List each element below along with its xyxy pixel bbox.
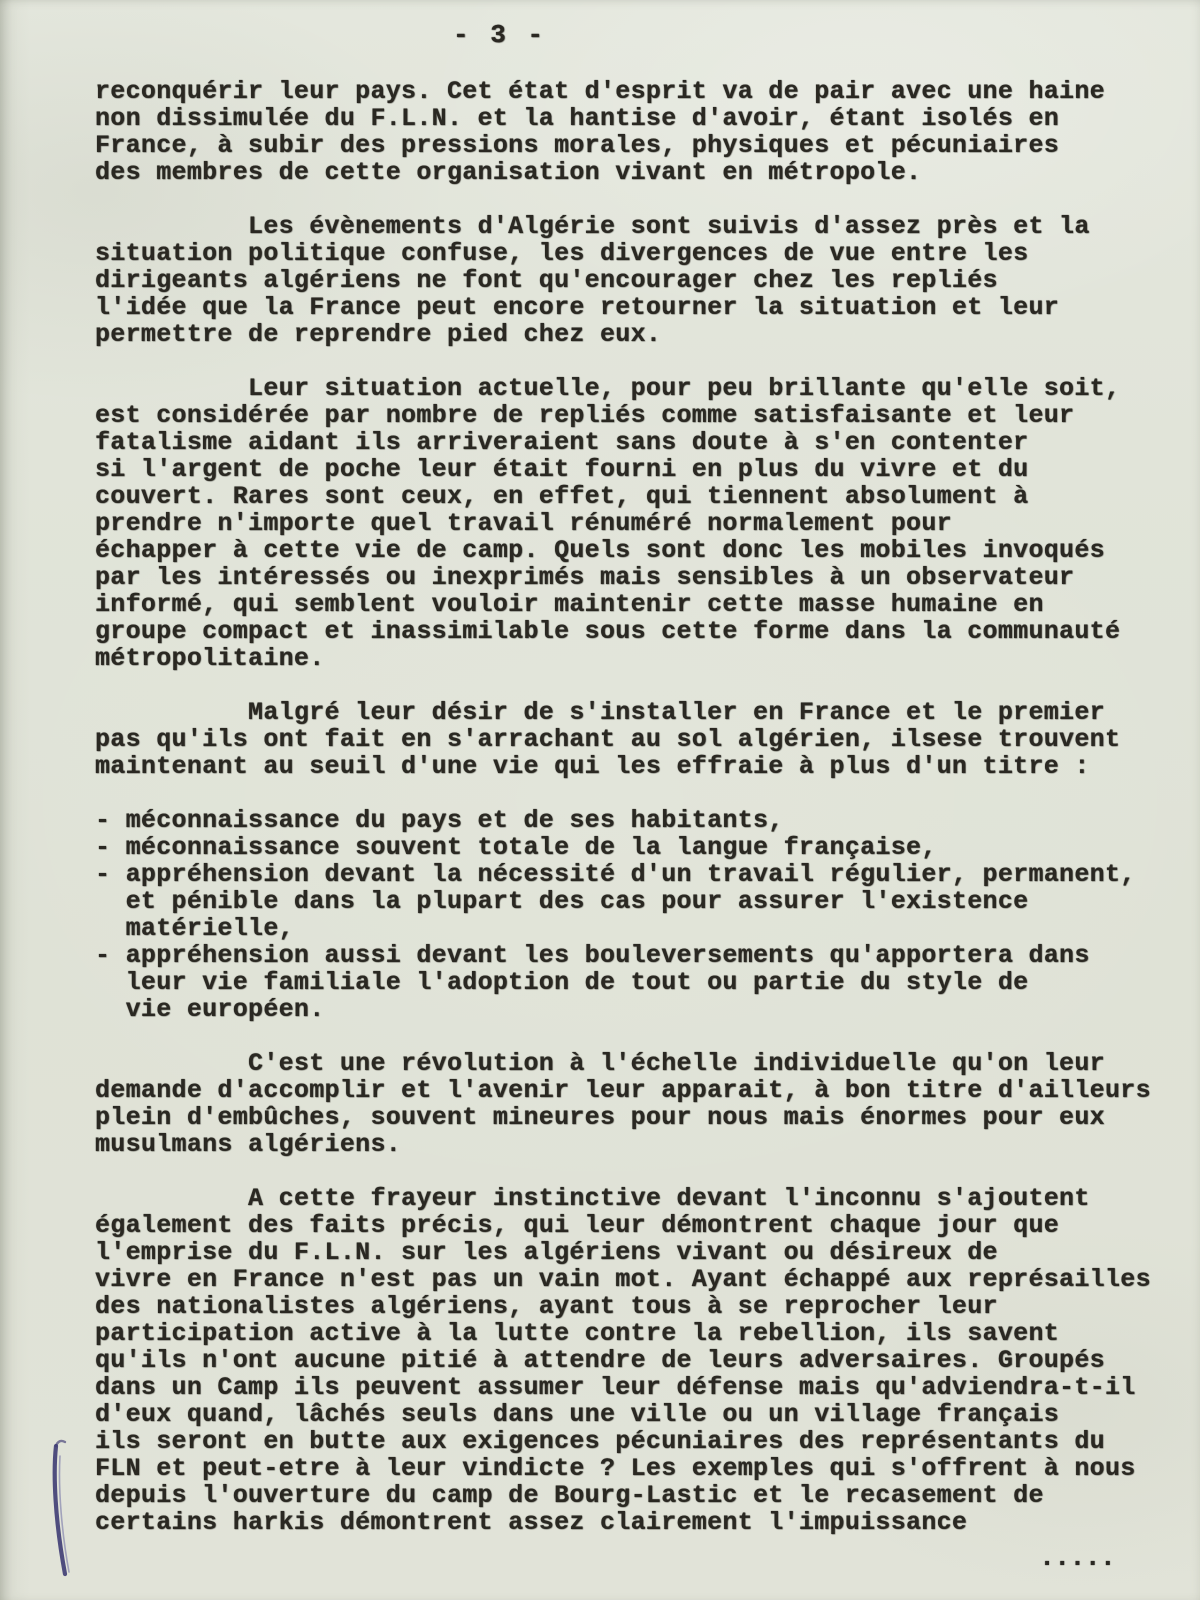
page-content: - 3 - reconquérir leur pays. Cet état d'…	[95, 22, 1170, 1573]
margin-pen-stroke	[42, 1432, 92, 1587]
paragraph: C'est une révolution à l'échelle individ…	[95, 1050, 1170, 1158]
page-number: - 3 -	[453, 22, 1170, 49]
paragraph: Malgré leur désir de s'installer en Fran…	[95, 699, 1170, 780]
paragraph: A cette frayeur instinctive devant l'inc…	[95, 1185, 1170, 1536]
bulleted-list: - méconnaissance du pays et de ses habit…	[95, 807, 1170, 1023]
paragraph: Les évènements d'Algérie sont suivis d'a…	[95, 213, 1170, 348]
paragraph: Leur situation actuelle, pour peu brilla…	[95, 375, 1170, 672]
scanned-typewritten-page: - 3 - reconquérir leur pays. Cet état d'…	[0, 0, 1200, 1600]
continuation-dots: .....	[95, 1546, 1170, 1573]
paragraph: reconquérir leur pays. Cet état d'esprit…	[95, 78, 1170, 186]
